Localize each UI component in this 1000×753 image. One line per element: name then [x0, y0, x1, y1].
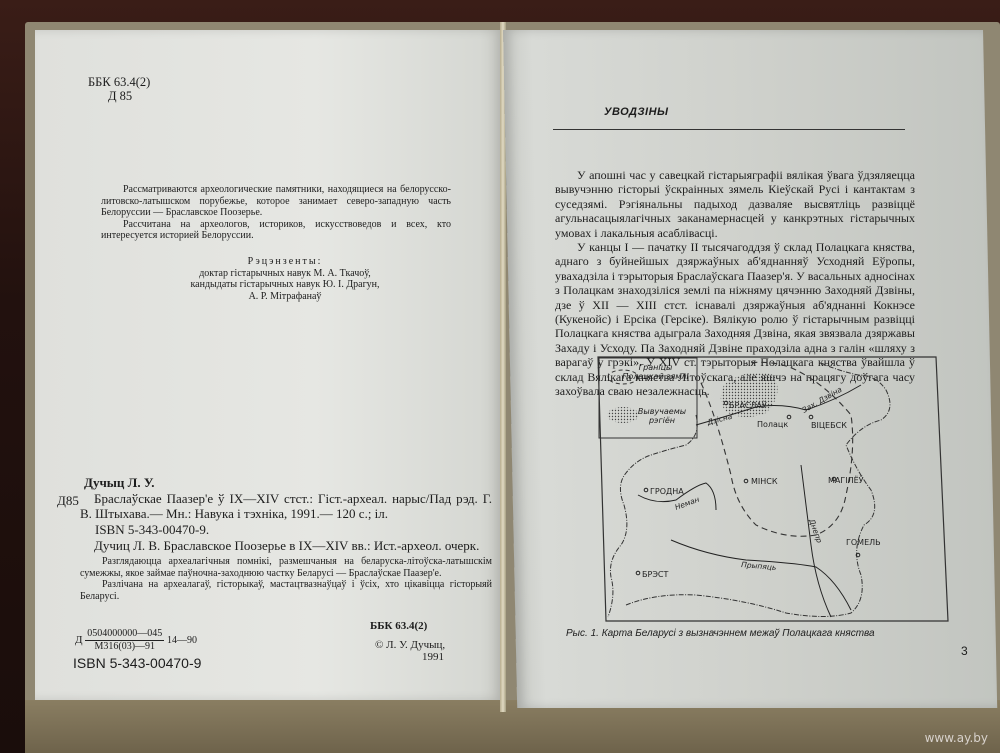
- reviewers-block: Рэцэнзенты: доктар гістарычных навук М. …: [175, 256, 395, 302]
- svg-text:БРАСЛАЎ: БРАСЛАЎ: [729, 399, 767, 410]
- svg-text:ВІЦЕБСК: ВІЦЕБСК: [811, 421, 847, 430]
- page-number: 3: [961, 644, 968, 658]
- svg-text:ГРОДНА: ГРОДНА: [650, 487, 684, 496]
- reviewer: доктар гістарычных навук М. А. Ткачоў,: [175, 268, 395, 280]
- svg-text:Неман: Неман: [674, 495, 701, 512]
- bbk-bottom: ББК 63.4(2): [370, 620, 427, 632]
- reviewers-heading: Рэцэнзенты:: [175, 256, 395, 268]
- abstract-ru-paragraph: Рассматриваются археологические памятник…: [101, 184, 451, 219]
- catalog-abstract-by: Разглядаюцца археалагічныя помнікі, разм…: [80, 556, 492, 602]
- author-mark: Д 85: [108, 89, 132, 104]
- catalog-side-mark: Д85: [57, 493, 79, 509]
- copyright: © Л. У. Дучыц,: [375, 639, 445, 651]
- svg-text:МІНСК: МІНСК: [751, 477, 778, 486]
- code-numerator: 0504000000—045: [85, 628, 164, 641]
- watermark: www.ay.by: [925, 731, 988, 745]
- classification-code: ББК 63.4(2): [88, 75, 150, 90]
- code-denominator: М316(03)—91: [85, 641, 164, 653]
- svg-text:ГОМЕЛЬ: ГОМЕЛЬ: [846, 538, 881, 547]
- figure-caption: Рыс. 1. Карта Беларусі з вызначэннем меж…: [566, 628, 875, 639]
- catalog-abstract-paragraph: Разглядаюцца археалагічныя помнікі, разм…: [80, 556, 492, 579]
- chapter-heading: УВОДЗІНЫ: [604, 106, 669, 118]
- copyright-year: 1991: [422, 651, 444, 663]
- catalog-isbn: ISBN 5-343-00470-9.: [95, 521, 492, 538]
- svg-text:Прыпяць: Прыпяць: [741, 560, 777, 572]
- map-belarus: БРАСЛАЎ Полацк ВІЦЕБСК МІНСК МАГІЛЁЎ ГРО…: [596, 355, 956, 623]
- code-prefix: Д: [75, 634, 83, 646]
- catalog-abstract-paragraph: Разлічана на археалагаў, гісторыкаў, мас…: [80, 579, 492, 602]
- catalog-entry-ru: Дучиц Л. В. Браславское Поозерье в IX—XI…: [80, 538, 492, 554]
- svg-text:БРЭСТ: БРЭСТ: [642, 570, 668, 579]
- legend-label-borders: Граніцы Полацкай зямлі: [618, 363, 693, 381]
- catalog-entry-by: Браслаўскае Паазер'е ў IX—XIV стст.: Гіс…: [80, 491, 492, 521]
- reviewer: кандыдаты гістарычных навук Ю. І. Драгун…: [175, 279, 395, 291]
- isbn: ISBN 5-343-00470-9: [73, 655, 201, 671]
- abstract-ru: Рассматриваются археологические памятник…: [101, 184, 451, 242]
- publication-code: Д 0504000000—045 М316(03)—91 14—90: [75, 628, 197, 653]
- legend-label-region: Вывучаемы рэгіён: [632, 407, 692, 425]
- code-fraction: 0504000000—045 М316(03)—91: [85, 628, 164, 653]
- reviewer: А. Р. Мітрафанаў: [175, 291, 395, 303]
- code-suffix: 14—90: [167, 635, 197, 646]
- svg-text:МАГІЛЁЎ: МАГІЛЁЎ: [828, 474, 864, 485]
- svg-text:Полацк: Полацк: [757, 420, 788, 429]
- catalog-author: Дучыц Л. У.: [84, 475, 492, 491]
- catalog-card: Дучыц Л. У. Д85 Браслаўскае Паазер'е ў I…: [62, 475, 492, 602]
- intro-paragraph: У апошні час у савецкай гістарыяграфіі в…: [555, 168, 915, 240]
- svg-text:Дзісна: Дзісна: [705, 412, 733, 428]
- svg-text:Зах. Дзвіна: Зах. Дзвіна: [801, 385, 844, 415]
- abstract-ru-paragraph: Рассчитана на археологов, историков, иск…: [101, 219, 451, 242]
- heading-rule: [553, 129, 905, 130]
